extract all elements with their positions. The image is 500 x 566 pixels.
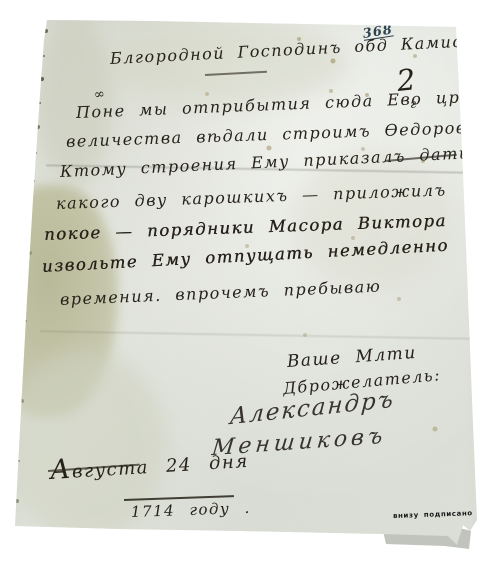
age-spots <box>0 0 2 2</box>
year-line: 1714 году . <box>131 499 251 521</box>
pen-flourish: ∞ <box>93 86 107 103</box>
manuscript-line: какого дву карошкихъ — приложилъ <box>56 180 447 213</box>
letter-heading: Блгородной Господинъ обд Камисаръ <box>110 30 499 68</box>
fold-crease-lower <box>40 330 470 340</box>
date-line: Августа 24 дня <box>49 443 249 486</box>
manuscript-photo: 368 2 г ∞ Блгородной Господинъ обд Камис… <box>0 0 500 566</box>
manuscript-line: Поне мы отприбытия сюда Ево црго <box>76 87 482 122</box>
manuscript-paper: 368 2 г ∞ Блгородной Господинъ обд Камис… <box>0 0 500 566</box>
edge-specks <box>0 0 2 2</box>
heading-dash-stroke <box>205 71 267 76</box>
manuscript-line: времения. впрочемъ пребываю <box>60 277 382 309</box>
closing-line: Ваше Млти <box>286 343 417 372</box>
archival-note: внизу подписано <box>393 509 473 520</box>
